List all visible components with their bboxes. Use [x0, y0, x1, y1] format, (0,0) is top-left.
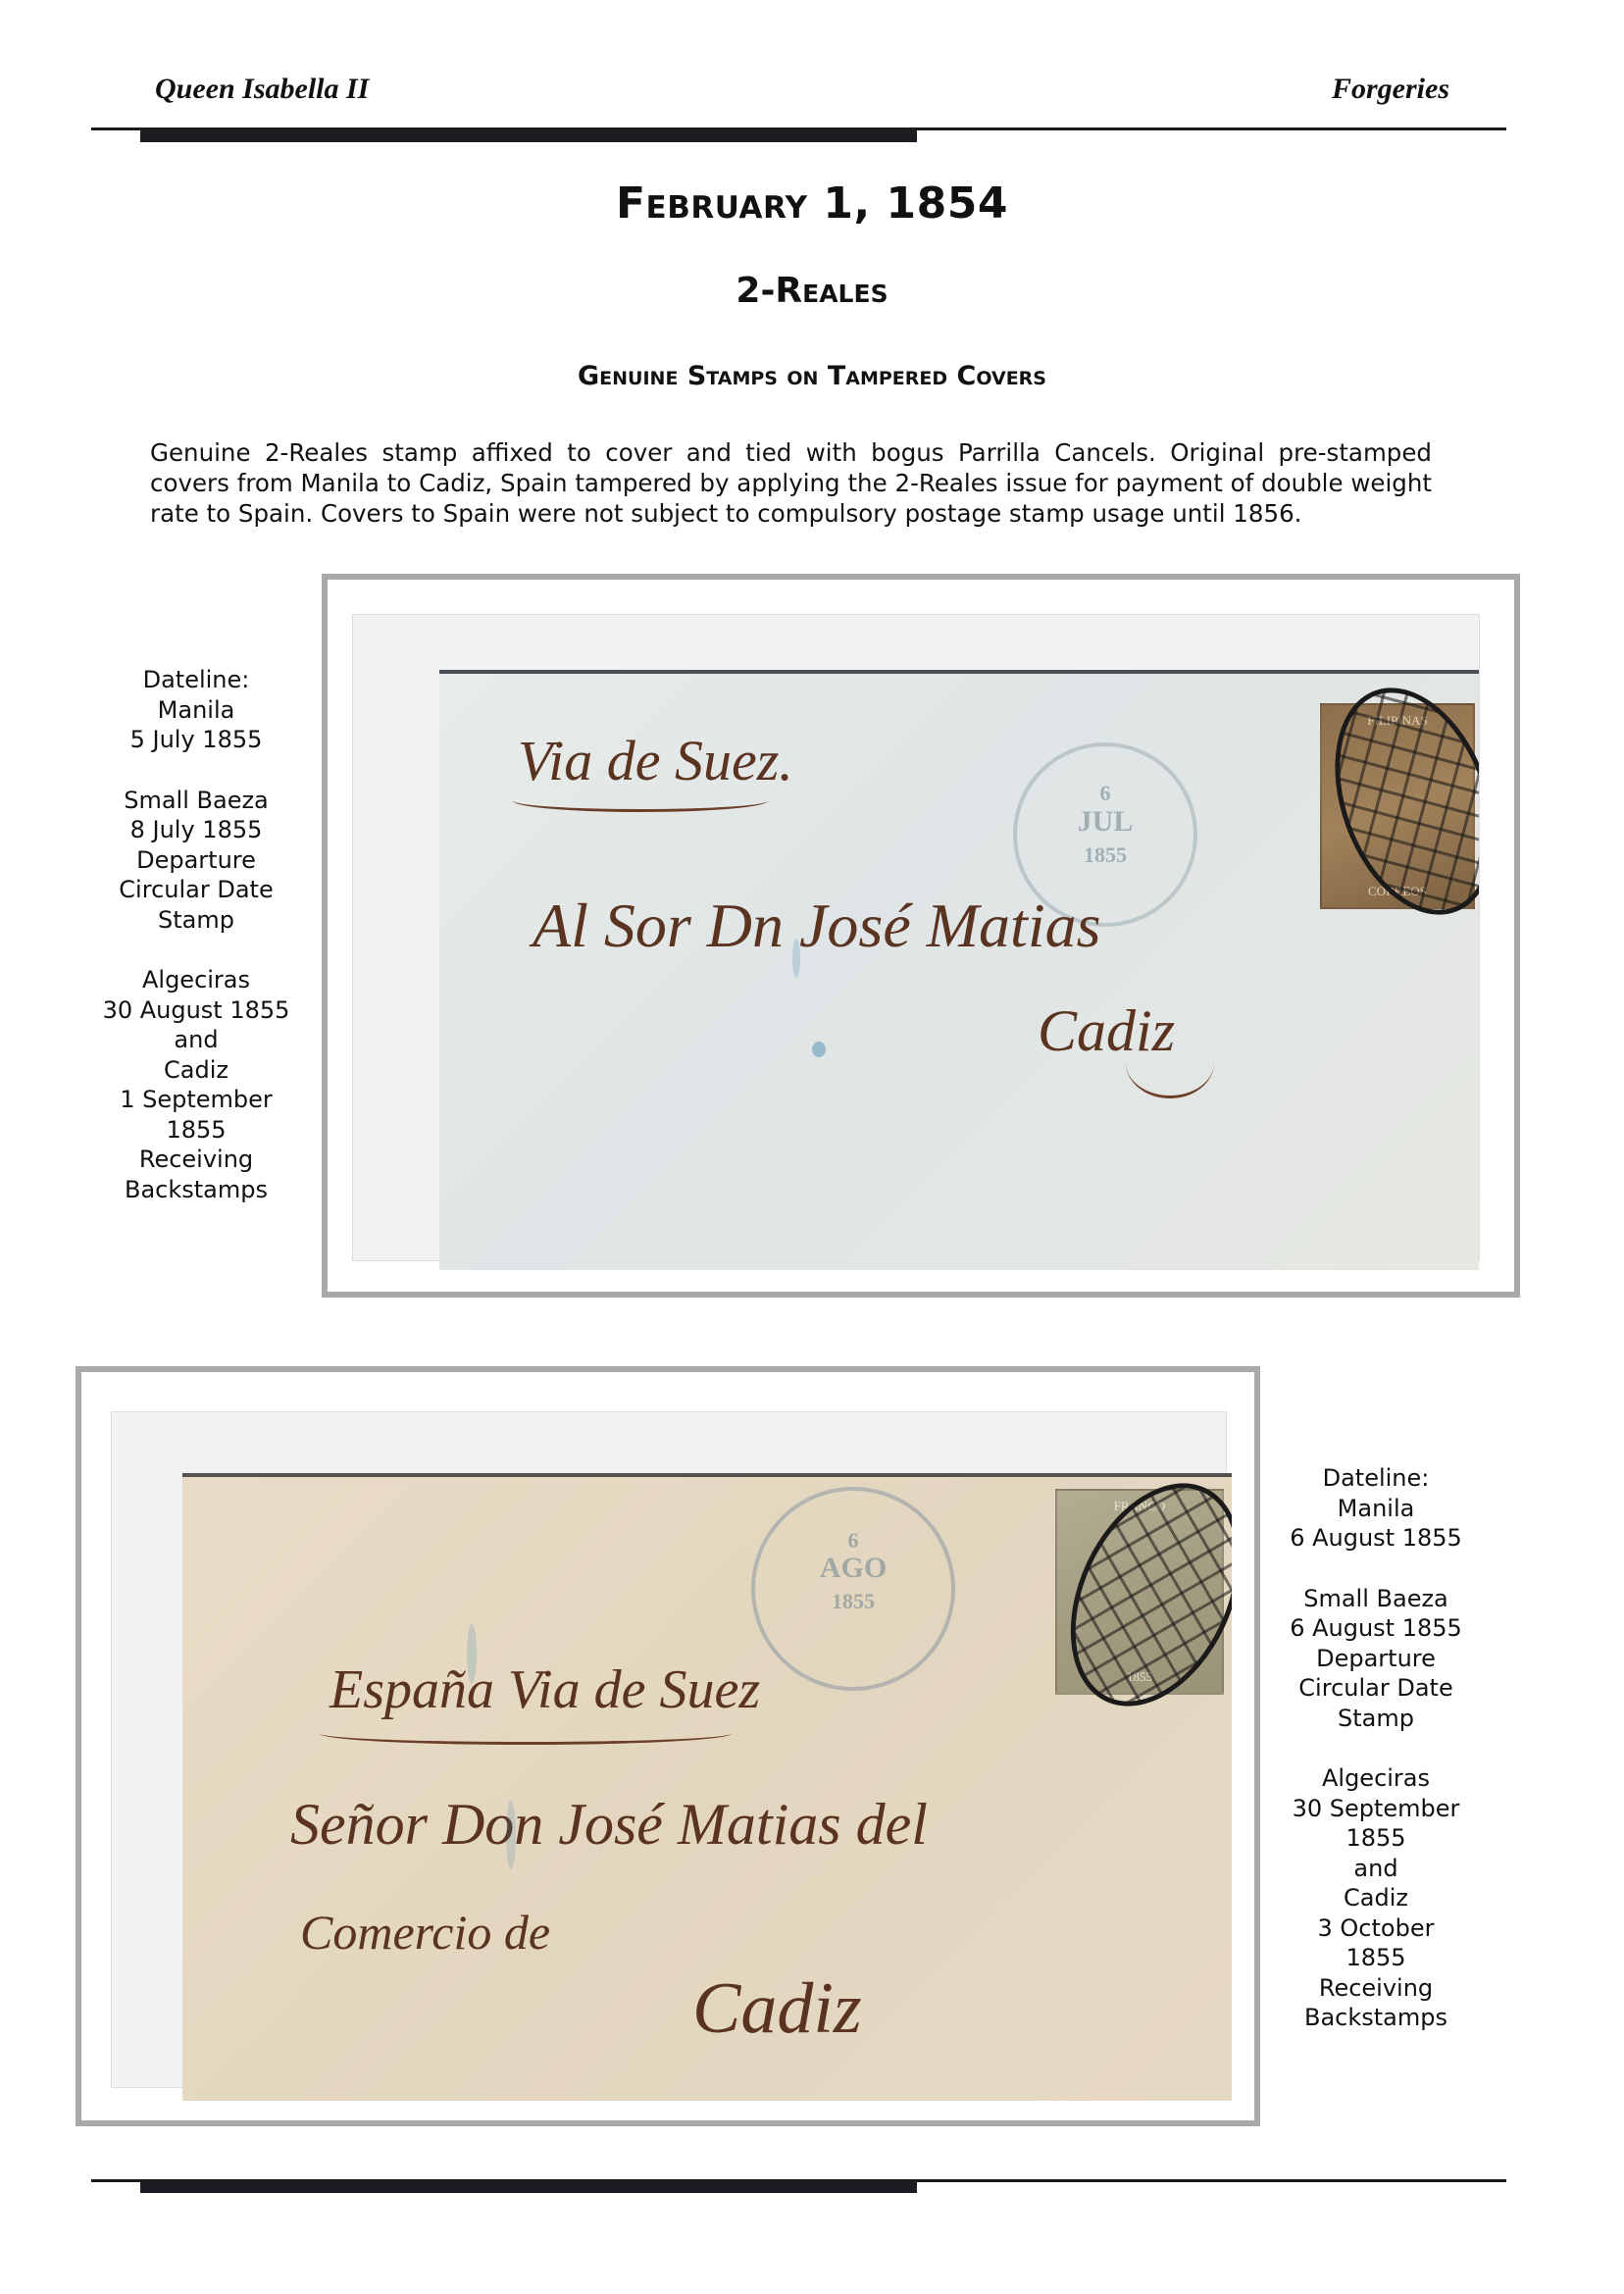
cover-2-frame: 6 AGO 1855 España Via de Suez Señor Don …: [76, 1366, 1260, 2126]
note-line: Stamp: [78, 905, 314, 936]
header-rule-thick: [140, 130, 917, 142]
note-line: Circular Date: [1258, 1673, 1494, 1704]
ink-spot: [792, 939, 800, 978]
ink-spot: [506, 1801, 516, 1869]
note-line: 6 August 1855: [1258, 1613, 1494, 1644]
postmark-month: JUL: [1017, 805, 1193, 839]
note-line: Backstamps: [78, 1175, 314, 1205]
cover-2-sleeve: 6 AGO 1855 España Via de Suez Señor Don …: [111, 1411, 1227, 2088]
note-line: and: [1258, 1854, 1494, 1884]
cover-1-frame: 6 JUL 1855 Via de Suez. Al Sor Dn José M…: [322, 574, 1520, 1298]
header-right-title: Forgeries: [1332, 73, 1449, 106]
note-group: Dateline:Manila6 August 1855: [1258, 1463, 1494, 1554]
note-line: Departure: [78, 845, 314, 876]
note-line: 5 July 1855: [78, 725, 314, 755]
note-line: Receiving: [1258, 1973, 1494, 2004]
note-group: Small Baeza8 July 1855DepartureCircular …: [78, 786, 314, 936]
note-line: Manila: [78, 695, 314, 726]
note-line: 30 September: [1258, 1794, 1494, 1824]
note-line: and: [78, 1025, 314, 1055]
footer-rule-thick: [140, 2181, 917, 2193]
cover-2-envelope: 6 AGO 1855 España Via de Suez Señor Don …: [182, 1473, 1232, 2101]
cover-2-handwriting-city: Cadiz: [692, 1967, 862, 2051]
note-group: Algeciras30 September1855andCadiz3 Octob…: [1258, 1763, 1494, 2033]
note-line: 3 October: [1258, 1913, 1494, 1944]
cover-2-handwriting-route: España Via de Suez: [330, 1658, 760, 1721]
ink-spot: [812, 1042, 826, 1057]
cover-1-sleeve: 6 JUL 1855 Via de Suez. Al Sor Dn José M…: [352, 614, 1480, 1261]
note-group: Algeciras30 August 1855andCadiz1 Septemb…: [78, 965, 314, 1204]
note-line: 6 August 1855: [1258, 1523, 1494, 1554]
cover-1-handwriting-addressee: Al Sor Dn José Matias: [533, 890, 1101, 962]
cover-2-handwriting-commerce: Comercio de: [300, 1904, 550, 1961]
note-line: 1855: [1258, 1823, 1494, 1854]
note-line: 8 July 1855: [78, 815, 314, 845]
note-line: Dateline:: [1258, 1463, 1494, 1494]
page-title-value: 2-Reales: [0, 271, 1624, 311]
ink-spot: [467, 1624, 477, 1683]
note-line: Receiving: [78, 1145, 314, 1175]
note-line: Manila: [1258, 1494, 1494, 1524]
note-line: Circular Date: [78, 875, 314, 905]
postmark-year: 1855: [1017, 842, 1193, 868]
cover-2-notes: Dateline:Manila6 August 1855Small Baeza6…: [1258, 1463, 1494, 2064]
note-group: Dateline:Manila5 July 1855: [78, 665, 314, 755]
postmark-year: 1855: [755, 1589, 951, 1614]
note-line: 30 August 1855: [78, 995, 314, 1026]
postmark-day: 6: [1017, 781, 1193, 806]
note-line: Backstamps: [1258, 2003, 1494, 2033]
cover-2-postmark: 6 AGO 1855: [751, 1487, 955, 1691]
note-line: 1 September: [78, 1085, 314, 1115]
note-line: Cadiz: [78, 1055, 314, 1086]
note-line: Algeciras: [1258, 1763, 1494, 1794]
cover-1-flourish: [513, 790, 768, 812]
note-line: Departure: [1258, 1644, 1494, 1674]
note-line: Algeciras: [78, 965, 314, 995]
note-line: Small Baeza: [1258, 1584, 1494, 1614]
page-title-date: February 1, 1854: [0, 178, 1624, 229]
cover-1-envelope: 6 JUL 1855 Via de Suez. Al Sor Dn José M…: [439, 670, 1479, 1270]
cover-1-flourish-city: [1126, 1027, 1214, 1098]
cover-1-handwriting-route: Via de Suez.: [518, 728, 793, 793]
cover-1-notes: Dateline:Manila5 July 1855Small Baeza8 J…: [78, 665, 314, 1235]
cover-2-handwriting-addressee: Señor Don José Matias del: [290, 1791, 928, 1859]
intro-paragraph: Genuine 2-Reales stamp affixed to cover …: [150, 437, 1432, 529]
postmark-day: 6: [755, 1528, 951, 1554]
note-line: 1855: [78, 1115, 314, 1146]
page-subtitle: Genuine Stamps on Tampered Covers: [0, 361, 1624, 391]
header-left-title: Queen Isabella II: [155, 73, 369, 106]
note-line: Stamp: [1258, 1704, 1494, 1734]
note-line: Small Baeza: [78, 786, 314, 816]
note-line: Cadiz: [1258, 1883, 1494, 1913]
postmark-month: AGO: [755, 1552, 951, 1585]
note-line: 1855: [1258, 1943, 1494, 1973]
note-line: Dateline:: [78, 665, 314, 695]
note-group: Small Baeza6 August 1855DepartureCircula…: [1258, 1584, 1494, 1734]
cover-2-flourish: [320, 1722, 732, 1745]
